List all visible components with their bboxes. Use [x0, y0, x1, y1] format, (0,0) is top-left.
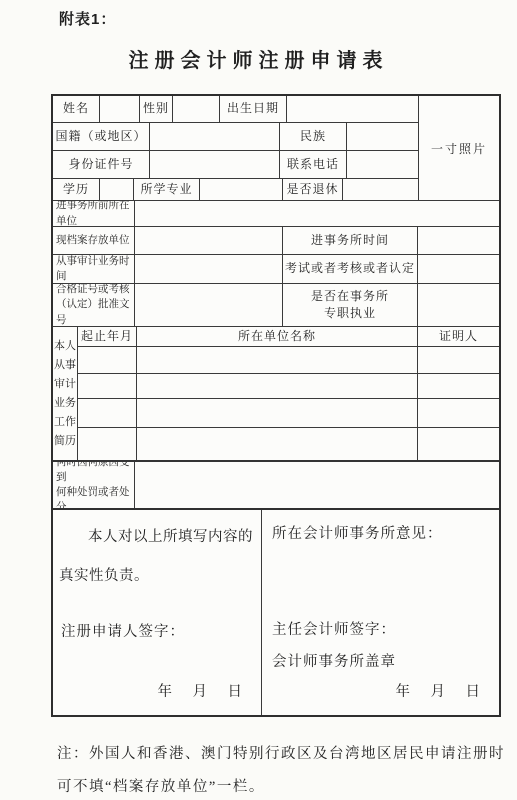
applicant-sign-label: 注册申请人签字： [61, 620, 185, 641]
name-label: 姓名 [53, 96, 100, 122]
audit-resume-section: 本人 从事 审计 业务 工作 简历 起止年月 所在单位名称 证明人 [53, 327, 499, 462]
resume-col-unit: 所在单位名称 [137, 327, 418, 346]
row-prev-employer: 进事务所前所在单位 [53, 201, 499, 227]
exam-or-assessment-label: 考试或者考核或者认定 [283, 255, 418, 283]
row-id-phone: 身份证件号 联系电话 [53, 151, 418, 179]
resume-period-cell [78, 347, 137, 374]
phone-value-cell [347, 151, 418, 178]
ethnicity-label: 民族 [280, 123, 347, 150]
resume-side-label: 本人 从事 审计 业务 工作 简历 [53, 327, 78, 460]
resume-empty-row [78, 399, 499, 428]
resume-grid: 起止年月 所在单位名称 证明人 [78, 327, 499, 460]
signature-section: 本人对以上所填写内容的真实性负责。 注册申请人签字： 年 月 日 所在会计师事务… [53, 510, 499, 715]
row-education-major-retired: 学历 所学专业 是否退休 [53, 179, 418, 201]
row-archive-entrytime: 现档案存放单位 进事务所时间 [53, 227, 499, 255]
resume-unit-cell [137, 428, 418, 461]
firm-entry-time-value-cell [418, 227, 499, 254]
resume-unit-cell [137, 374, 418, 398]
archive-unit-value-cell [135, 227, 283, 254]
id-number-value-cell [150, 151, 280, 178]
nationality-label: 国籍（或地区） [53, 123, 150, 150]
attachment-label: 附表1： [59, 8, 116, 29]
retired-value-cell [343, 179, 418, 200]
declaration-statement: 本人对以上所填写内容的真实性负责。 [59, 518, 255, 596]
fulltime-practice-label: 是否在事务所 专职执业 [283, 284, 418, 326]
gender-label: 性别 [140, 96, 173, 122]
row-nationality-ethnicity: 国籍（或地区） 民族 [53, 123, 418, 151]
punishment-label: 何时因何原因受到 何种处罚或者处分 [53, 462, 135, 508]
resume-empty-row [78, 347, 499, 375]
personal-info-section: 姓名 性别 出生日期 国籍（或地区） 民族 身份证件号 联系电话 学历 所学专业… [53, 96, 499, 201]
certificate-no-value-cell [135, 284, 283, 326]
application-form-table: 姓名 性别 出生日期 国籍（或地区） 民族 身份证件号 联系电话 学历 所学专业… [51, 94, 501, 717]
prev-employer-label: 进事务所前所在单位 [53, 201, 135, 226]
page-title: 注册会计师注册申请表 [0, 44, 517, 73]
row-certificate-fulltime: 合格证号或考核 （认定）批准文号 是否在事务所 专职执业 [53, 284, 499, 327]
resume-period-cell [78, 399, 137, 427]
resume-period-cell [78, 428, 137, 461]
birth-date-value-cell [287, 96, 418, 122]
birth-date-label: 出生日期 [220, 96, 287, 122]
major-label: 所学专业 [134, 179, 200, 200]
applicant-date-line: 年 月 日 [158, 680, 246, 701]
resume-witness-cell [418, 374, 499, 398]
footnote-line1: 注：外国人和香港、澳门特别行政区及台湾地区居民申请注册时 [57, 738, 512, 771]
applicant-declaration-cell: 本人对以上所填写内容的真实性负责。 注册申请人签字： 年 月 日 [53, 510, 262, 715]
resume-witness-cell [418, 399, 499, 427]
photo-box: 一寸照片 [418, 96, 499, 201]
resume-header-row: 起止年月 所在单位名称 证明人 [78, 327, 499, 347]
resume-period-cell [78, 374, 137, 398]
resume-unit-cell [137, 347, 418, 374]
row-auditstart-exam: 从事审计业务时间 考试或者考核或者认定 [53, 255, 499, 284]
fulltime-practice-value-cell [418, 284, 499, 326]
resume-unit-cell [137, 399, 418, 427]
row-name-gender-birth: 姓名 性别 出生日期 [53, 96, 418, 123]
firm-date-line: 年 月 日 [396, 680, 484, 701]
name-value-cell [100, 96, 140, 122]
resume-empty-row [78, 374, 499, 399]
exam-or-assessment-value-cell [418, 255, 499, 283]
chief-accountant-sign-label: 主任会计师签字： [272, 618, 396, 639]
audit-start-time-value-cell [135, 255, 283, 283]
id-number-label: 身份证件号 [53, 151, 150, 178]
certificate-no-label: 合格证号或考核 （认定）批准文号 [53, 284, 135, 326]
firm-seal-label: 会计师事务所盖章 [272, 650, 396, 671]
footnote-line2: 可不填“档案存放单位”一栏。 [57, 771, 512, 800]
phone-label: 联系电话 [280, 151, 347, 178]
punishment-value-cell [135, 462, 499, 508]
major-value-cell [200, 179, 283, 200]
education-label: 学历 [53, 179, 100, 200]
prev-employer-value-cell [135, 201, 499, 226]
resume-witness-cell [418, 347, 499, 374]
firm-opinion-cell: 所在会计师事务所意见： 主任会计师签字： 会计师事务所盖章 年 月 日 [262, 510, 499, 715]
resume-empty-row [78, 428, 499, 461]
archive-unit-label: 现档案存放单位 [53, 227, 135, 254]
resume-col-period: 起止年月 [78, 327, 137, 346]
firm-opinion-title: 所在会计师事务所意见： [272, 522, 443, 543]
ethnicity-value-cell [347, 123, 418, 150]
nationality-value-cell [150, 123, 280, 150]
retired-label: 是否退休 [283, 179, 343, 200]
audit-start-time-label: 从事审计业务时间 [53, 255, 135, 283]
footnote: 注：外国人和香港、澳门特别行政区及台湾地区居民申请注册时 可不填“档案存放单位”… [57, 738, 512, 800]
resume-col-witness: 证明人 [418, 327, 499, 346]
gender-value-cell [173, 96, 220, 122]
resume-witness-cell [418, 428, 499, 461]
row-punishment: 何时因何原因受到 何种处罚或者处分 [53, 462, 499, 510]
education-value-cell [100, 179, 134, 200]
firm-entry-time-label: 进事务所时间 [283, 227, 418, 254]
